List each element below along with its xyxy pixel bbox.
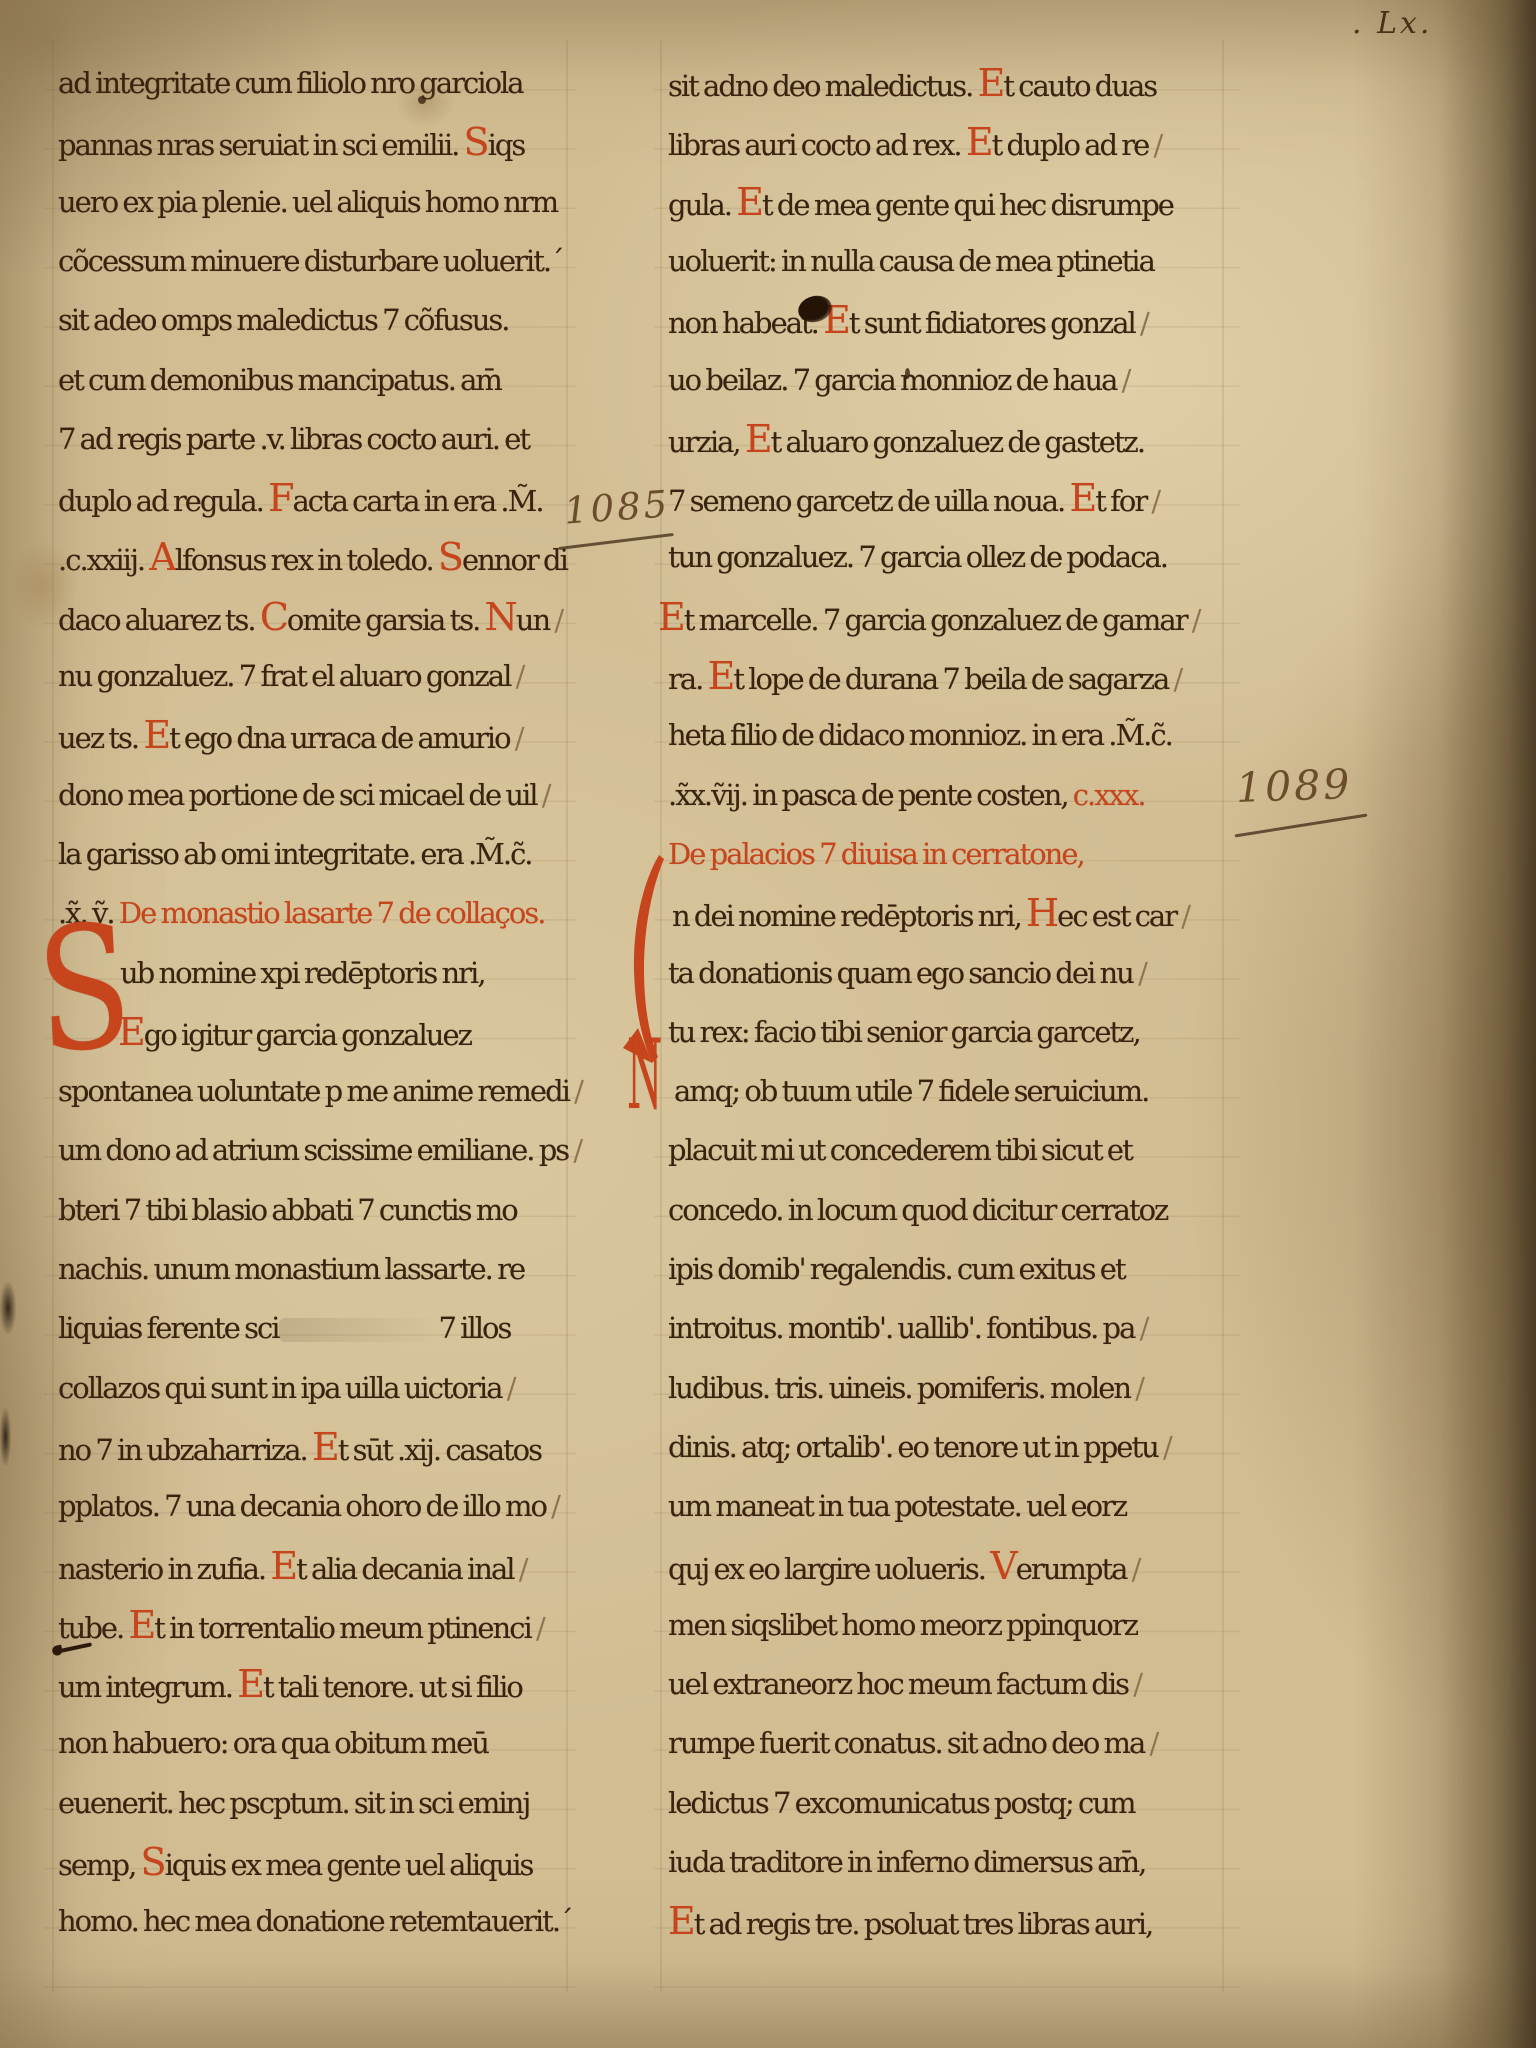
text-segment: t sunt fidiatores gonzal	[849, 306, 1135, 340]
text-segment: t marcelle. 7 garcia gonzaluez de gamar	[684, 603, 1187, 637]
text-segment: ∕	[568, 1133, 581, 1167]
text-segment: duplo ad regula.	[58, 484, 268, 518]
text-segment: ∕	[514, 1552, 527, 1586]
text-segment: liquias ferente sci	[58, 1311, 279, 1345]
text-segment: um dono ad atrium scissime emiliane. ps	[58, 1133, 568, 1167]
text-segment: ludibus. tris. uineis. pomiferis. molen	[668, 1371, 1130, 1405]
right-column-line-28: uel extraneorz hoc meum factum dis ∕	[668, 1659, 1141, 1718]
right-column-line-26: quj ex eo largire uolueris. Verumpta ∕	[668, 1541, 1139, 1600]
text-segment: omite garsia ts.	[287, 603, 485, 637]
text-segment: t ad regis tre. psoluat tres libras auri…	[694, 1907, 1153, 1941]
text-segment: ∕	[531, 1611, 544, 1645]
parchment-stain	[395, 78, 455, 128]
left-column-line-18: spontanea uoluntate p me anime remedi ∕	[58, 1066, 582, 1125]
text-segment: men siqslibet homo meorz ppinquorz	[668, 1608, 1137, 1642]
right-column-line-7: urzia, Et aluaro gonzaluez de gastetz.	[668, 414, 1144, 473]
text-segment: dono mea portione de sci micael de uil	[58, 778, 537, 812]
rubric-text-segment: E	[1070, 476, 1096, 520]
left-column-line-8: duplo ad regula. Facta carta in era .M̃.	[58, 473, 543, 532]
text-segment: iuda traditore in inferno dimersus am̄,	[668, 1845, 1145, 1879]
text-segment: uel extraneorz hoc meum factum dis	[668, 1667, 1128, 1701]
text-segment: euenerit. hec pscptum. sit in sci eminj	[58, 1786, 529, 1820]
text-segment: amq; ob tuum utile 7 fidele seruicium.	[674, 1074, 1148, 1108]
text-segment: pannas nras seruiat in sci emilii.	[58, 128, 464, 162]
right-column-line-5: non habeat. Et sunt fidiatores gonzal ∕	[668, 295, 1148, 354]
text-segment: acta carta in era .M̃.	[292, 484, 542, 518]
rubric-text-segment: E	[736, 180, 762, 224]
text-segment: iquis ex mea gente uel aliquis	[165, 1848, 533, 1882]
rubric-text-segment: E	[966, 120, 992, 164]
left-column-line-30: euenerit. hec pscptum. sit in sci eminj	[58, 1778, 529, 1837]
text-segment: ennor di	[462, 543, 567, 577]
right-column-line-10: Et marcelle. 7 garcia gonzaluez de gamar…	[658, 592, 1200, 651]
rubric-text-segment: E	[129, 1603, 155, 1647]
rubric-text-segment: S	[464, 120, 488, 164]
text-segment: ∕	[1135, 306, 1148, 340]
folio-number: . Lx.	[1352, 6, 1432, 41]
text-segment: dinis. atq; ortalib'. eo tenore ut in pp…	[668, 1430, 1158, 1464]
left-column-line-16: ub nomine xpi redēptoris nri,	[120, 948, 485, 1007]
text-segment: non habuero: ora qua obitum meū	[58, 1726, 488, 1760]
text-segment: t tali tenore. ut si filio	[263, 1670, 522, 1704]
text-segment: rumpe fuerit conatus. sit adno deo ma	[668, 1726, 1144, 1760]
rubric-text-segment: E	[658, 595, 684, 639]
manuscript-folio-page: . Lx. 1085 1089 ad integritate cum filio…	[0, 0, 1536, 2048]
rubric-text-segment: E	[668, 1899, 694, 1943]
text-segment: t in torrentalio meum ptinenci	[154, 1611, 530, 1645]
right-column-line-31: iuda traditore in inferno dimersus am̄,	[668, 1837, 1145, 1896]
margin-note-underline	[1235, 814, 1368, 837]
right-column-line-12: heta filio de didaco monnioz. in era .M̃…	[668, 710, 1172, 769]
right-column-line-30: ledictus 7 excomunicatus postq; cum	[668, 1778, 1134, 1837]
left-column-line-23: collazos qui sunt in ipa uilla uictoria …	[58, 1363, 514, 1422]
left-column-line-15: .x̃. ṽ. De monastio lasarte 7 de collaço…	[58, 888, 544, 947]
text-segment: tube.	[58, 1611, 129, 1645]
text-segment: pplatos. 7 una decania ohoro de illo mo	[58, 1489, 546, 1523]
text-segment: nachis. unum monastium lassarte. re	[58, 1252, 524, 1286]
right-column-line-20: concedo. in locum quod dicitur cerratoz	[668, 1185, 1167, 1244]
text-segment: n dei nomine redēptoris nri,	[672, 899, 1026, 933]
text-segment: um maneat in tua potestate. uel eorz	[668, 1489, 1126, 1523]
text-segment: uo beilaz. 7 garcia monnioz de haua	[668, 363, 1116, 397]
text-segment: introitus. montib'. uallib'. fontibus. p…	[668, 1311, 1134, 1345]
text-segment: t ego dna urraca de amurio	[169, 721, 509, 755]
text-segment: ∕	[1148, 128, 1161, 162]
left-column-line-11: nu gonzaluez. 7 frat el aluaro gonzal ∕	[58, 651, 523, 710]
text-segment: ∕	[1176, 899, 1189, 933]
erasure-gap	[279, 1318, 439, 1342]
text-segment: t lope de durana 7 beila de sagarza	[733, 662, 1168, 696]
text-segment: go igitur garcia gonzaluez	[144, 1018, 471, 1052]
left-column-line-29: non habuero: ora qua obitum meū	[58, 1718, 488, 1777]
right-column-line-21: ipis domib' regalendis. cum exitus et	[668, 1244, 1125, 1303]
right-column-line-17: tu rex: facio tibi senior garcia garcetz…	[668, 1007, 1140, 1066]
text-segment: ∕	[501, 1371, 514, 1405]
text-segment: ∕	[1187, 603, 1200, 637]
rubric-text-segment: A	[149, 535, 174, 579]
left-column-line-13: dono mea portione de sci micael de uil ∕	[58, 770, 550, 829]
right-column-line-8: 7 semeno garcetz de uilla noua. Et for ∕	[668, 473, 1159, 532]
parchment-stain	[8, 540, 78, 630]
text-segment: ∕	[549, 603, 562, 637]
text-segment: t duplo ad re	[992, 128, 1149, 162]
text-segment: ta donationis quam ego sancio dei nu	[668, 956, 1133, 990]
left-column-line-24: no 7 in ubzaharriza. Et sūt .xij. casato…	[58, 1422, 541, 1481]
text-segment: 7 illos	[439, 1311, 511, 1345]
right-column-line-3: gula. Et de mea gente qui hec disrumpe	[668, 177, 1173, 236]
left-column-line-9: .c.xxiij. Alfonsus rex in toledo. Sennor…	[58, 532, 567, 591]
rubric-text-segment: V	[990, 1544, 1015, 1588]
text-segment: ∕	[1116, 363, 1129, 397]
text-segment: homo. hec mea donatione retemtauerit.´	[58, 1904, 572, 1938]
text-segment: erumpta	[1016, 1552, 1127, 1586]
drop-cap-initial-N: N	[627, 1034, 662, 1117]
rubric-text-segment: S	[438, 535, 462, 579]
text-segment: uoluerit: in nulla causa de mea ptinetia	[668, 244, 1154, 278]
right-column-line-16: ta donationis quam ego sancio dei nu ∕	[668, 948, 1146, 1007]
left-column-line-17: Ego igitur garcia gonzaluez	[118, 1007, 471, 1066]
right-column-line-25: um maneat in tua potestate. uel eorz	[668, 1481, 1126, 1540]
text-segment: ub nomine xpi redēptoris nri,	[120, 956, 485, 990]
rubric-text-segment: E	[312, 1425, 338, 1469]
left-column-line-5: sit adeo omps maledictus 7 cõfusus.	[58, 295, 509, 354]
text-segment: ∕	[537, 778, 550, 812]
text-segment: um integrum.	[58, 1670, 237, 1704]
right-column-line-15: n dei nomine redēptoris nri, Hec est car…	[672, 888, 1189, 947]
text-segment: t cauto duas	[1003, 69, 1156, 103]
page-gutter-shadow	[1440, 0, 1536, 2048]
text-segment: sit adno deo maledictus.	[668, 69, 978, 103]
text-segment: uero ex pia plenie. uel aliquis homo nrm	[58, 185, 557, 219]
text-segment: t for	[1095, 484, 1146, 518]
ink-speck	[905, 368, 910, 379]
right-column-line-1: sit adno deo maledictus. Et cauto duas	[668, 58, 1156, 117]
text-segment: ∕	[1130, 1371, 1143, 1405]
text-segment: t sūt .xij. casatos	[338, 1433, 541, 1467]
right-column-line-14: De palacios 7 diuisa in cerratone,	[668, 829, 1084, 888]
left-column-line-10: daco aluarez ts. Comite garsia ts. Nun ∕	[58, 592, 562, 651]
text-segment: concedo. in locum quod dicitur cerratoz	[668, 1193, 1167, 1227]
text-segment: iqs	[488, 128, 525, 162]
text-segment: nu gonzaluez. 7 frat el aluaro gonzal	[58, 659, 510, 693]
text-segment: ∕	[1144, 1726, 1157, 1760]
left-column-line-32: homo. hec mea donatione retemtauerit.´	[58, 1896, 572, 1955]
text-segment: t aluaro gonzaluez de gastetz.	[771, 425, 1144, 459]
left-column-line-20: bteri 7 tibi blasio abbati 7 cunctis mo	[58, 1185, 517, 1244]
text-segment: bteri 7 tibi blasio abbati 7 cunctis mo	[58, 1193, 517, 1227]
text-segment: ra.	[668, 662, 708, 696]
text-segment: .x̃x.ṽij. in pasca de pente costen,	[668, 778, 1073, 812]
left-column-line-27: tube. Et in torrentalio meum ptinenci ∕	[58, 1600, 544, 1659]
left-column-line-12: uez ts. Et ego dna urraca de amurio ∕	[58, 710, 523, 769]
left-column-line-19: um dono ad atrium scissime emiliane. ps …	[58, 1125, 581, 1184]
text-segment: t de mea gente qui hec disrumpe	[762, 188, 1173, 222]
vertical-ruling-line	[1222, 40, 1224, 1992]
text-segment: libras auri cocto ad rex.	[668, 128, 966, 162]
rubric-text-segment: E	[978, 61, 1004, 105]
text-segment: ∕	[1158, 1430, 1171, 1464]
text-segment: ∕	[1134, 1311, 1147, 1345]
right-column-line-18: amq; ob tuum utile 7 fidele seruicium.	[674, 1066, 1148, 1125]
left-column-line-3: uero ex pia plenie. uel aliquis homo nrm	[58, 177, 557, 236]
vertical-ruling-line	[566, 40, 568, 1992]
rubric-text-segment: De palacios 7 diuisa in cerratone,	[668, 837, 1084, 871]
right-column-line-11: ra. Et lope de durana 7 beila de sagarza…	[668, 651, 1181, 710]
left-column-line-2: pannas nras seruiat in sci emilii. Siqs	[58, 117, 524, 176]
text-segment: un	[516, 603, 549, 637]
right-column-line-2: libras auri cocto ad rex. Et duplo ad re…	[668, 117, 1161, 176]
rubric-text-segment: c.xxx.	[1073, 778, 1145, 812]
rubric-text-segment: C	[260, 595, 287, 639]
text-segment: ∕	[510, 721, 523, 755]
text-segment: ∕	[1128, 1667, 1141, 1701]
text-segment: lfonsus rex in toledo.	[175, 543, 438, 577]
rubric-text-segment: E	[270, 1544, 296, 1588]
margin-note-year-1089: 1089	[1235, 760, 1353, 812]
text-segment: ∕	[569, 1074, 582, 1108]
margin-note-year-1085: 1085	[563, 482, 672, 532]
rubric-text-segment: F	[268, 476, 292, 520]
right-column-line-24: dinis. atq; ortalib'. eo tenore ut in pp…	[668, 1422, 1171, 1481]
left-column-line-28: um integrum. Et tali tenore. ut si filio	[58, 1659, 522, 1718]
text-segment: la garisso ab omi integritate. era .M̃.c…	[58, 837, 532, 871]
left-column-line-22: liquias ferente sci7 illos	[58, 1303, 510, 1362]
edge-fleck	[0, 1408, 11, 1466]
rubric-text-segment: N	[485, 595, 516, 639]
text-segment: ∕	[546, 1489, 559, 1523]
rubric-text-segment: E	[745, 417, 771, 461]
text-segment: ∕	[1133, 956, 1146, 990]
text-segment: 7 ad regis parte .v. libras cocto auri. …	[58, 422, 529, 456]
text-segment: daco aluarez ts.	[58, 603, 260, 637]
text-segment: ∕	[1168, 662, 1181, 696]
right-column-line-22: introitus. montib'. uallib'. fontibus. p…	[668, 1303, 1147, 1362]
right-column-line-6: uo beilaz. 7 garcia monnioz de haua ∕	[668, 355, 1129, 414]
edge-fleck	[0, 1282, 16, 1334]
left-column-line-6: et cum demonibus mancipatus. am̄	[58, 355, 501, 414]
text-segment: et cum demonibus mancipatus. am̄	[58, 363, 501, 397]
left-column-line-26: nasterio in zufia. Et alia decania inal …	[58, 1541, 527, 1600]
right-column-line-29: rumpe fuerit conatus. sit adno deo ma ∕	[668, 1718, 1157, 1777]
right-column-line-4: uoluerit: in nulla causa de mea ptinetia	[668, 236, 1154, 295]
text-segment: urzia,	[668, 425, 745, 459]
text-segment: ledictus 7 excomunicatus postq; cum	[668, 1786, 1134, 1820]
text-segment: ∕	[510, 659, 523, 693]
text-segment: sit adeo omps maledictus 7 cõfusus.	[58, 303, 509, 337]
rubric-text-segment: S	[141, 1840, 165, 1884]
right-column-line-19: placuit mi ut concederem tibi sicut et	[668, 1125, 1132, 1184]
left-column-line-4: cõcessum minuere disturbare uoluerit.´	[58, 236, 563, 295]
left-column-line-31: semp, Siquis ex mea gente uel aliquis	[58, 1837, 532, 1896]
text-segment: placuit mi ut concederem tibi sicut et	[668, 1133, 1132, 1167]
right-column-line-9: tun gonzaluez. 7 garcia ollez de podaca.	[668, 532, 1167, 591]
text-segment: semp,	[58, 1848, 141, 1882]
left-column-line-21: nachis. unum monastium lassarte. re	[58, 1244, 524, 1303]
text-segment: ec est car	[1057, 899, 1176, 933]
rubric-text-segment: E	[143, 713, 169, 757]
right-column-line-13: .x̃x.ṽij. in pasca de pente costen, c.xx…	[668, 770, 1145, 829]
left-column-line-7: 7 ad regis parte .v. libras cocto auri. …	[58, 414, 529, 473]
text-segment: gula.	[668, 188, 736, 222]
right-column-line-23: ludibus. tris. uineis. pomiferis. molen …	[668, 1363, 1143, 1422]
text-segment: quj ex eo largire uolueris.	[668, 1552, 990, 1586]
rubric-text-segment: E	[708, 654, 734, 698]
text-segment: collazos qui sunt in ipa uilla uictoria	[58, 1371, 501, 1405]
text-segment: ∕	[1126, 1552, 1139, 1586]
left-column-line-14: la garisso ab omi integritate. era .M̃.c…	[58, 829, 532, 888]
text-segment: t alia decania inal	[296, 1552, 513, 1586]
text-segment: tun gonzaluez. 7 garcia ollez de podaca.	[668, 540, 1167, 574]
right-column-line-32: Et ad regis tre. psoluat tres libras aur…	[668, 1896, 1152, 1955]
rubric-text-segment: H	[1026, 891, 1057, 935]
drop-cap-initial-S: S	[34, 920, 134, 1060]
rubric-text-segment: De monastio lasarte 7 de collaços.	[119, 896, 545, 930]
left-column-line-25: pplatos. 7 una decania ohoro de illo mo …	[58, 1481, 559, 1540]
text-segment: nasterio in zufia.	[58, 1552, 270, 1586]
text-segment: heta filio de didaco monnioz. in era .M̃…	[668, 718, 1172, 752]
rubric-text-segment: E	[237, 1662, 263, 1706]
text-segment: cõcessum minuere disturbare uoluerit.´	[58, 244, 563, 278]
text-segment: ∕	[1146, 484, 1159, 518]
right-column-line-27: men siqslibet homo meorz ppinquorz	[668, 1600, 1137, 1659]
text-segment: no 7 in ubzaharriza.	[58, 1433, 312, 1467]
text-segment: uez ts.	[58, 721, 143, 755]
ink-speck	[418, 96, 426, 104]
text-segment: ipis domib' regalendis. cum exitus et	[668, 1252, 1125, 1286]
text-segment: 7 semeno garcetz de uilla noua.	[668, 484, 1070, 518]
text-segment: tu rex: facio tibi senior garcia garcetz…	[668, 1015, 1140, 1049]
